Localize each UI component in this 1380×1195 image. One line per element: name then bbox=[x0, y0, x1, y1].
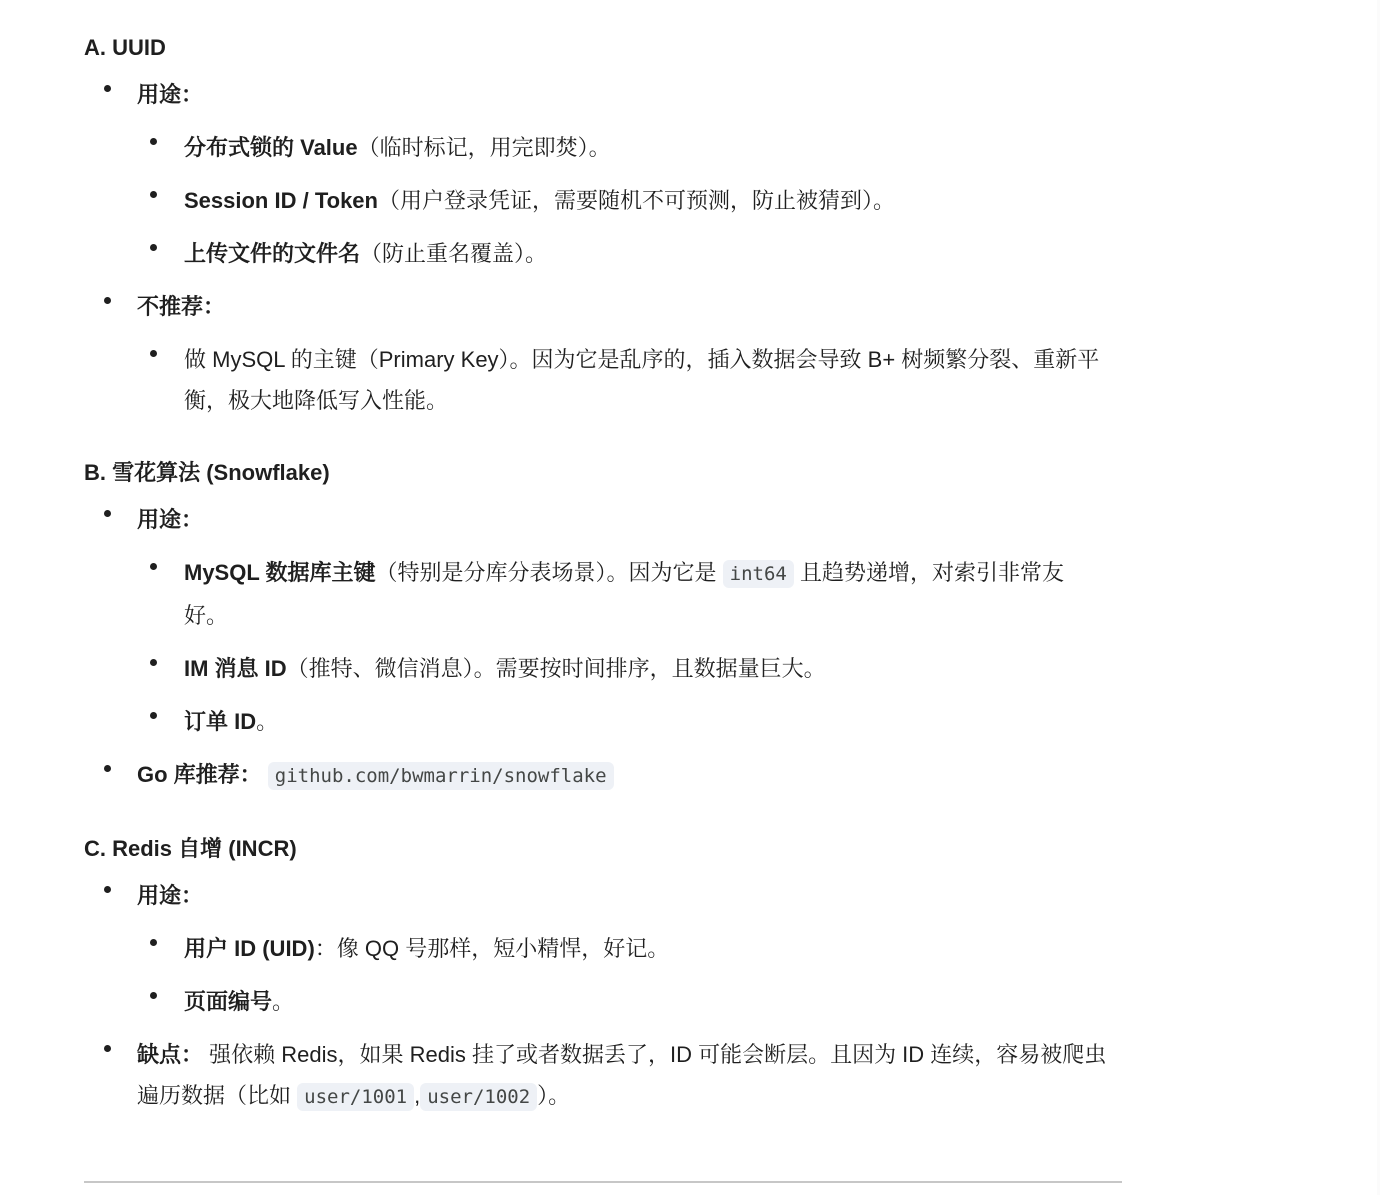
list-item-not-recommended: 不推荐： bbox=[84, 280, 1124, 333]
item-text: （特别是分库分表场景）。因为它是 bbox=[376, 560, 723, 585]
bullet-icon bbox=[150, 350, 157, 357]
item-text: （推特、微信消息）。需要按时间排序，且数据量巨大。 bbox=[287, 656, 826, 681]
bullet-icon bbox=[104, 1045, 111, 1052]
item-bold-text: 用户 ID (UID) bbox=[184, 936, 315, 961]
item-text: （临时标记，用完即焚）。 bbox=[358, 135, 611, 160]
section-heading-uuid: A. UUID bbox=[84, 28, 1124, 68]
list-item-label: 用途： bbox=[137, 869, 1124, 922]
item-text: （防止重名覆盖）。 bbox=[360, 241, 547, 266]
list-item: 用户 ID (UID)：像 QQ 号那样，短小精悍，好记。 bbox=[84, 922, 1124, 975]
redis-list: 用途： bbox=[84, 869, 1124, 922]
item-bold-text: 分布式锁的 Value bbox=[184, 135, 358, 160]
item-text: 做 MySQL 的主键（Primary Key）。因为它是乱序的，插入数据会导致… bbox=[184, 333, 1104, 427]
uuid-not-recommended-sublist: 做 MySQL 的主键（Primary Key）。因为它是乱序的，插入数据会导致… bbox=[84, 333, 1124, 427]
item-text: 。 bbox=[272, 989, 294, 1014]
item-bold-text: 订单 ID bbox=[184, 709, 256, 734]
section-heading-redis-incr: C. Redis 自增 (INCR) bbox=[84, 829, 1124, 869]
uuid-list: 用途： bbox=[84, 68, 1124, 121]
uuid-uses-sublist: 分布式锁的 Value（临时标记，用完即焚）。 Session ID / Tok… bbox=[84, 121, 1124, 280]
list-item: 页面编号。 bbox=[84, 975, 1124, 1028]
bullet-icon bbox=[104, 765, 111, 772]
inline-code-int64: int64 bbox=[723, 560, 794, 588]
bullet-icon bbox=[104, 297, 111, 304]
item-text: 强依赖 Redis，如果 Redis 挂了或者数据丢了，ID 可能会断层。且因为… bbox=[137, 1042, 1106, 1108]
item-bold-text: Session ID / Token bbox=[184, 188, 378, 213]
list-item-uses: 用途： bbox=[84, 869, 1124, 922]
bullet-icon bbox=[104, 85, 111, 92]
bullet-icon bbox=[150, 659, 157, 666]
bullet-icon bbox=[150, 939, 157, 946]
snowflake-uses-sublist: MySQL 数据库主键（特别是分库分表场景）。因为它是 int64 且趋势递增，… bbox=[84, 546, 1124, 748]
bullet-icon bbox=[150, 563, 157, 570]
section-heading-snowflake: B. 雪花算法 (Snowflake) bbox=[84, 453, 1124, 493]
item-bold-text: 上传文件的文件名 bbox=[184, 241, 360, 266]
bullet-icon bbox=[104, 886, 111, 893]
bullet-icon bbox=[150, 992, 157, 999]
list-item: 订单 ID。 bbox=[84, 695, 1124, 748]
list-item-label: 用途： bbox=[137, 493, 1124, 546]
uuid-list-not-recommended: 不推荐： bbox=[84, 280, 1124, 333]
list-item-uses: 用途： bbox=[84, 493, 1124, 546]
bullet-icon bbox=[150, 191, 157, 198]
item-bold-text: 页面编号 bbox=[184, 989, 272, 1014]
list-item-go-library: Go 库推荐： github.com/bwmarrin/snowflake bbox=[84, 748, 1124, 803]
list-item-label: Go 库推荐： bbox=[137, 762, 262, 787]
inline-code-go-library: github.com/bwmarrin/snowflake bbox=[268, 762, 614, 790]
item-text: ）。 bbox=[537, 1083, 570, 1108]
list-item-uses: 用途： bbox=[84, 68, 1124, 121]
item-text: ：像 QQ 号那样，短小精悍，好记。 bbox=[315, 936, 669, 961]
list-item: Session ID / Token（用户登录凭证，需要随机不可预测，防止被猜到… bbox=[84, 174, 1124, 227]
bullet-icon bbox=[150, 244, 157, 251]
document-content: A. UUID 用途： 分布式锁的 Value（临时标记，用完即焚）。 Sess… bbox=[84, 28, 1124, 1124]
redis-drawbacks-list: 缺点： 强依赖 Redis，如果 Redis 挂了或者数据丢了，ID 可能会断层… bbox=[84, 1028, 1124, 1124]
horizontal-divider bbox=[84, 1181, 1122, 1183]
list-item-label: 用途： bbox=[137, 68, 1124, 121]
list-item-label: 缺点： bbox=[137, 1042, 203, 1067]
item-bold-text: MySQL 数据库主键 bbox=[184, 560, 376, 585]
item-text: （用户登录凭证，需要随机不可预测，防止被猜到）。 bbox=[378, 188, 895, 213]
item-bold-text: IM 消息 ID bbox=[184, 656, 287, 681]
snowflake-list: 用途： bbox=[84, 493, 1124, 546]
snowflake-go-lib-list: Go 库推荐： github.com/bwmarrin/snowflake bbox=[84, 748, 1124, 803]
inline-code-user-1002: user/1002 bbox=[420, 1083, 537, 1111]
redis-uses-sublist: 用户 ID (UID)：像 QQ 号那样，短小精悍，好记。 页面编号。 bbox=[84, 922, 1124, 1028]
list-item-drawbacks: 缺点： 强依赖 Redis，如果 Redis 挂了或者数据丢了，ID 可能会断层… bbox=[84, 1028, 1124, 1124]
list-item: 分布式锁的 Value（临时标记，用完即焚）。 bbox=[84, 121, 1124, 174]
list-item-label: 不推荐： bbox=[137, 280, 1124, 333]
bullet-icon bbox=[150, 712, 157, 719]
list-item: 上传文件的文件名（防止重名覆盖）。 bbox=[84, 227, 1124, 280]
list-item: MySQL 数据库主键（特别是分库分表场景）。因为它是 int64 且趋势递增，… bbox=[84, 546, 1124, 642]
item-text: 。 bbox=[256, 709, 278, 734]
inline-code-user-1001: user/1001 bbox=[297, 1083, 414, 1111]
list-item: IM 消息 ID（推特、微信消息）。需要按时间排序，且数据量巨大。 bbox=[84, 642, 1124, 695]
bullet-icon bbox=[150, 138, 157, 145]
bullet-icon bbox=[104, 510, 111, 517]
list-item: 做 MySQL 的主键（Primary Key）。因为它是乱序的，插入数据会导致… bbox=[84, 333, 1124, 427]
